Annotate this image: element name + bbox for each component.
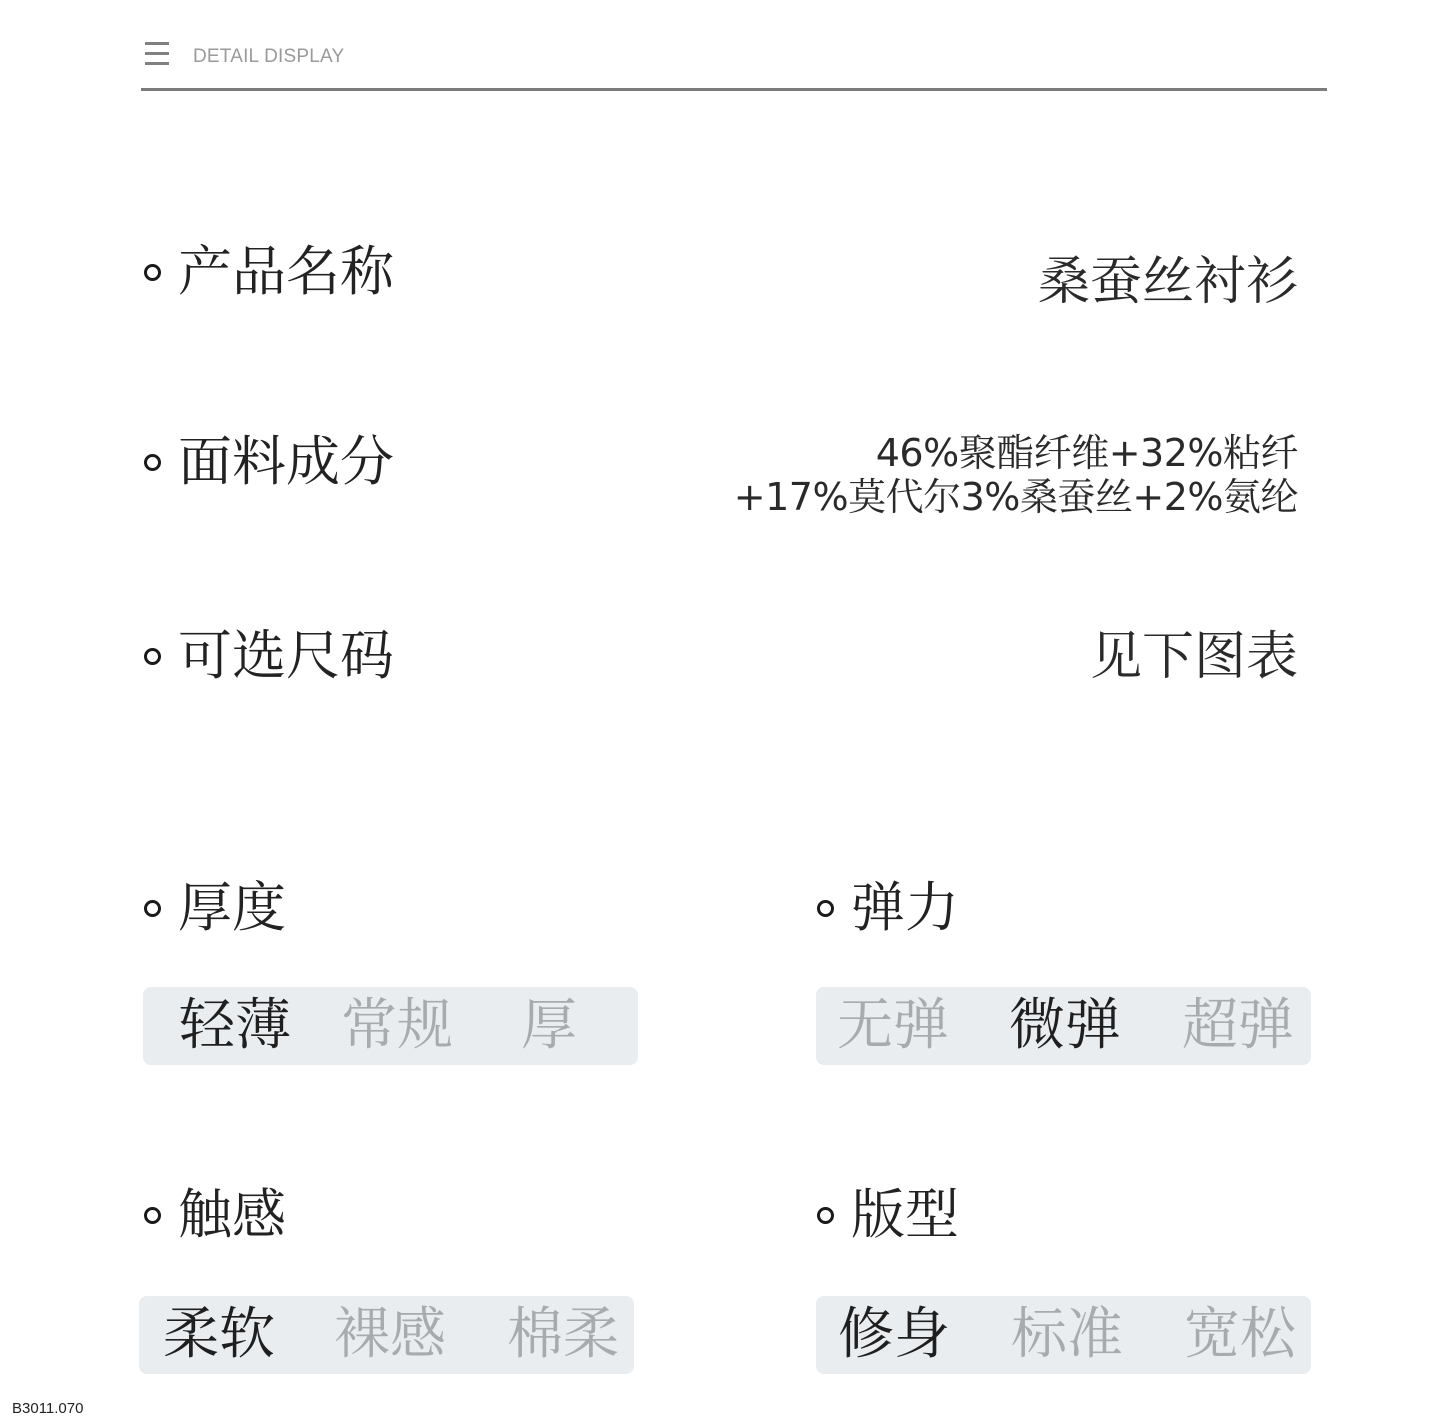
row-label-text: 面料成分 bbox=[178, 430, 394, 494]
elasticity-option-slight[interactable]: 微弹 bbox=[1009, 994, 1121, 1058]
fit-option-standard[interactable]: 标准 bbox=[1011, 1303, 1123, 1367]
bullet-circle-icon bbox=[144, 1207, 161, 1224]
fabric-composition-label: 面料成分 bbox=[144, 430, 394, 494]
fit-option-loose[interactable]: 宽松 bbox=[1184, 1303, 1296, 1367]
fit-title: 版型 bbox=[817, 1183, 959, 1247]
product-code: B3011.070 bbox=[12, 1399, 83, 1419]
fit-option-group: 修身 标准 宽松 bbox=[816, 1296, 1311, 1374]
hamburger-bar bbox=[145, 42, 169, 45]
bullet-circle-icon bbox=[144, 264, 161, 281]
elasticity-option-super[interactable]: 超弹 bbox=[1182, 994, 1294, 1058]
thickness-title: 厚度 bbox=[144, 876, 286, 940]
touch-option-group: 柔软 裸感 棉柔 bbox=[139, 1296, 634, 1374]
fit-option-slim[interactable]: 修身 bbox=[838, 1303, 950, 1367]
hamburger-icon[interactable] bbox=[145, 42, 169, 66]
product-name-label: 产品名称 bbox=[144, 240, 394, 304]
fabric-composition-value: 46%聚酯纤维+32%粘纤 +17%莫代尔3%桑蚕丝+2%氨纶 bbox=[734, 431, 1298, 519]
thickness-option-thick[interactable]: 厚 bbox=[521, 994, 577, 1058]
attr-title-text: 厚度 bbox=[178, 876, 286, 940]
attr-title-text: 触感 bbox=[178, 1183, 286, 1247]
touch-option-bare[interactable]: 裸感 bbox=[334, 1303, 446, 1367]
bullet-circle-icon bbox=[144, 454, 161, 471]
fabric-composition-line-1: 46%聚酯纤维+32%粘纤 bbox=[734, 431, 1298, 475]
bullet-circle-icon bbox=[144, 648, 161, 665]
product-name-value: 桑蚕丝衬衫 bbox=[1038, 252, 1298, 312]
touch-title: 触感 bbox=[144, 1183, 286, 1247]
elasticity-option-group: 无弹 微弹 超弹 bbox=[816, 987, 1311, 1065]
row-label-text: 产品名称 bbox=[178, 240, 394, 304]
row-label-text: 可选尺码 bbox=[178, 624, 394, 688]
thickness-option-group: 轻薄 常规 厚 bbox=[143, 987, 638, 1065]
attr-title-text: 版型 bbox=[851, 1183, 959, 1247]
thickness-option-light[interactable]: 轻薄 bbox=[179, 994, 291, 1058]
header-divider bbox=[141, 88, 1327, 91]
bullet-circle-icon bbox=[817, 1207, 834, 1224]
thickness-option-regular[interactable]: 常规 bbox=[341, 994, 453, 1058]
elasticity-option-none[interactable]: 无弹 bbox=[837, 994, 949, 1058]
header-title: DETAIL DISPLAY bbox=[193, 45, 344, 69]
elasticity-title: 弹力 bbox=[817, 876, 959, 940]
bullet-circle-icon bbox=[144, 900, 161, 917]
attr-title-text: 弹力 bbox=[851, 876, 959, 940]
hamburger-bar bbox=[145, 52, 169, 55]
available-sizes-value: 见下图表 bbox=[1090, 627, 1298, 687]
bullet-circle-icon bbox=[817, 900, 834, 917]
fabric-composition-line-2: +17%莫代尔3%桑蚕丝+2%氨纶 bbox=[734, 475, 1298, 519]
hamburger-bar bbox=[145, 62, 169, 65]
touch-option-cotton-soft[interactable]: 棉柔 bbox=[507, 1303, 619, 1367]
available-sizes-label: 可选尺码 bbox=[144, 624, 394, 688]
touch-option-soft[interactable]: 柔软 bbox=[163, 1303, 275, 1367]
